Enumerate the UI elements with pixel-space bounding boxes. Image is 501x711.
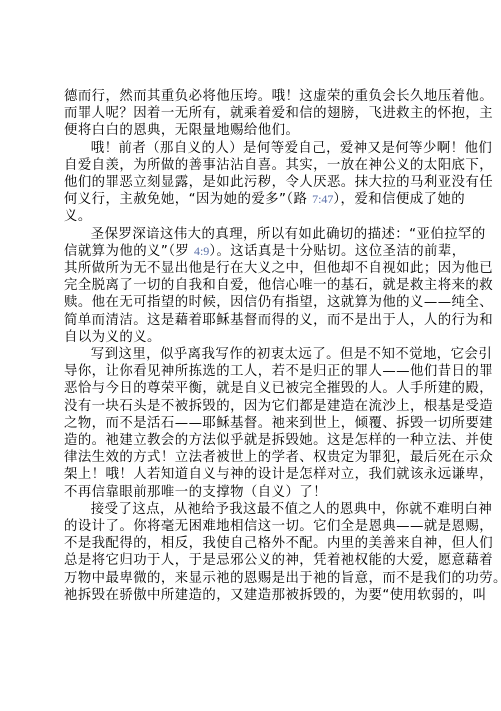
ref-before: 信就算为他的义”（罗 [64, 244, 194, 259]
text-line: 而罪人呢？因着一无所有，就乘着爱和信的翅膀，飞进救主的怀抱，主 [64, 105, 442, 122]
text-line: 没有一块石头是不被拆毁的，因为它们都是建造在流沙上，根基是受造 [64, 398, 442, 415]
text-line: 圣保罗深谙这伟大的真理，所以有如此确切的描述：“亚伯拉罕的 [64, 226, 442, 243]
text-line: 义。 [64, 208, 442, 225]
paragraph-3: 圣保罗深谙这伟大的真理，所以有如此确切的描述：“亚伯拉罕的 信就算为他的义”（罗… [64, 226, 442, 346]
text-line: 的设计了。你将毫无困难地相信这一切。它们全是恩典——就是恩赐， [64, 518, 442, 535]
text-line: 导你，让你看见神所拣选的工人，若不是归正的罪人——他们昔日的罪 [64, 363, 442, 380]
text-line: 总是将它归功于人，于是忌邪公义的神，凭着祂权能的大爱，愿意藉着 [64, 552, 442, 569]
text-line: 他们的罪恶立刻显露，是如此污秽，令人厌恶。抹大拉的马利亚没有任 [64, 174, 442, 191]
text-line: 自以为义的义。 [64, 329, 442, 346]
text-line: 不再信靠眼前那唯一的支撑物（自义）了！ [64, 484, 442, 501]
text-line: 赎。他在无可指望的时候，因信仍有指望，这就算为他的义——纯全、 [64, 294, 442, 311]
ref-after: ），爱和信便成了她的 [333, 192, 465, 207]
text-line: 之物，而不是活石——耶稣基督。祂来到世上，倾覆、拆毁一切所要建 [64, 415, 442, 432]
text-line: 便将白白的恩典，无限量地赐给他们。 [64, 122, 442, 139]
text-line: 其所做所为无不显出他是行在大义之中，但他却不自视如此；因为他已 [64, 260, 442, 277]
text-line-with-reference: 信就算为他的义”（罗 4:9）。这话真是十分贴切。这位圣洁的前辈， [64, 243, 442, 260]
text-line: 完全脱离了一切的自我和自爱，他信心唯一的基石，就是救主将来的救 [64, 277, 442, 294]
ref-before: 何义行，主赦免她，“因为她的爱多”（路 [64, 192, 312, 207]
bible-reference-luke: 7:47 [312, 192, 333, 206]
paragraph-5: 接受了这点，从祂给予我这最不值之人的恩典中，你就不难明白神 的设计了。你将毫无困… [64, 501, 442, 604]
paragraph-4: 写到这里，似乎离我写作的初衷太远了。但是不知不觉地，它会引 导你，让你看见神所拣… [64, 346, 442, 501]
text-line: 架上！哦！人若知道自义与神的设计是怎样对立，我们就该永远谦卑， [64, 466, 442, 483]
text-line: 祂拆毁在骄傲中所建造的，又建造那被拆毁的，为要“使用软弱的，叫 [64, 587, 442, 604]
ref-after: ）。这话真是十分贴切。这位圣洁的前辈， [209, 244, 465, 259]
text-line: 自爱自羡，为所做的善事沾沾自喜。其实，一放在神公义的太阳底下， [64, 157, 442, 174]
text-line-with-reference: 何义行，主赦免她，“因为她的爱多”（路 7:47），爱和信便成了她的 [64, 191, 442, 208]
paragraph-2: 哦！前者（那自义的人）是何等爱自己，爱神又是何等少啊！他们 自爱自羡，为所做的善… [64, 140, 442, 226]
bible-reference-romans: 4:9 [194, 244, 209, 258]
document-page: 德而行，然而其重负必将他压垮。哦！这虚荣的重负会长久地压着他。 而罪人呢？因着一… [64, 88, 442, 604]
text-line: 万物中最卑微的，来显示祂的恩赐是出于祂的旨意，而不是我们的功劳。 [64, 570, 442, 587]
paragraph-1: 德而行，然而其重负必将他压垮。哦！这虚荣的重负会长久地压着他。 而罪人呢？因着一… [64, 88, 442, 140]
text-line: 不是我配得的，相反，我使自己格外不配。内里的美善来自神，但人们 [64, 535, 442, 552]
text-line: 简单而清洁。这是藉着耶稣基督而得的义，而不是出于人，人的行为和 [64, 312, 442, 329]
text-line: 恶恰与今日的尊荣平衡，就是自义已被完全摧毁的人。人手所建的殿， [64, 380, 442, 397]
text-line: 律法生效的方式！立法者被世上的学者、权贵定为罪犯，最后死在示众 [64, 449, 442, 466]
text-line: 写到这里，似乎离我写作的初衷太远了。但是不知不觉地，它会引 [64, 346, 442, 363]
text-line: 造的。祂建立教会的方法似乎就是拆毁她。这是怎样的一种立法、并使 [64, 432, 442, 449]
text-line: 哦！前者（那自义的人）是何等爱自己，爱神又是何等少啊！他们 [64, 140, 442, 157]
text-line: 接受了这点，从祂给予我这最不值之人的恩典中，你就不难明白神 [64, 501, 442, 518]
text-line: 德而行，然而其重负必将他压垮。哦！这虚荣的重负会长久地压着他。 [64, 88, 442, 105]
